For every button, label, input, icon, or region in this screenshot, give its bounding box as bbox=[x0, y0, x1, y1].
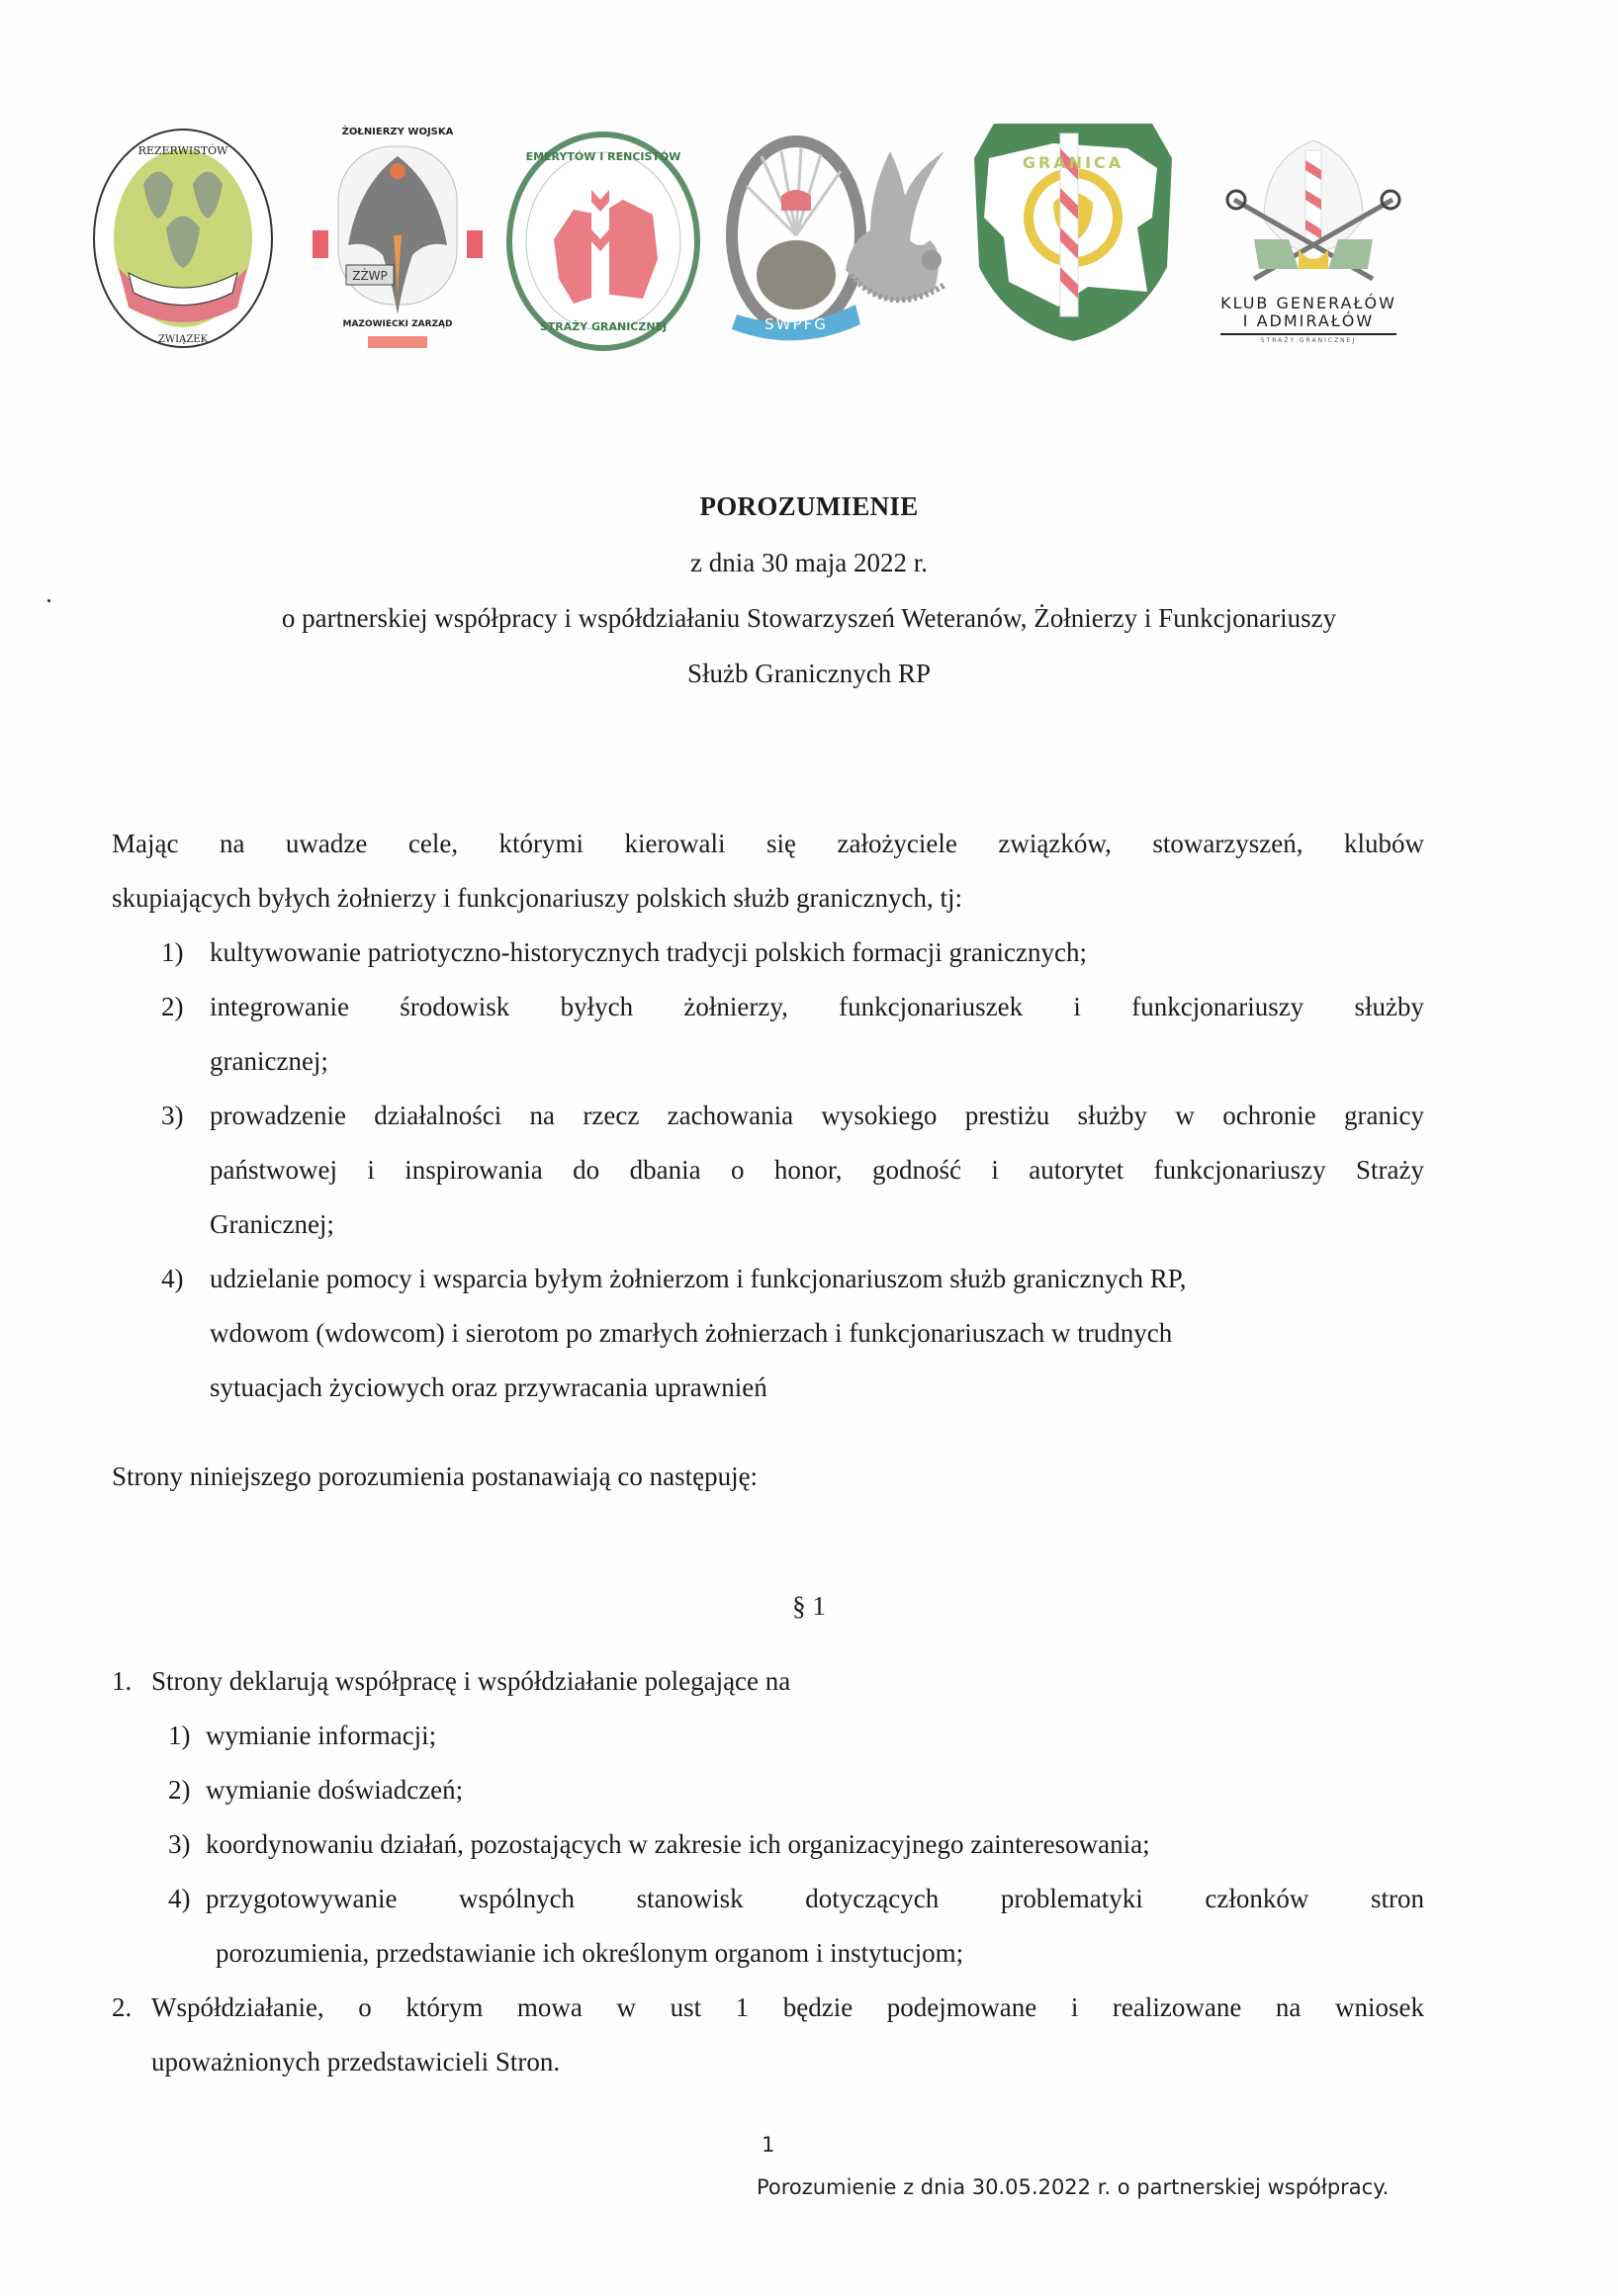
logo-zerisg-icon: EMERYTÓW I RENCISTÓW STRAŻY GRANICZNEJ bbox=[504, 131, 702, 353]
ust-number: 2. bbox=[112, 1981, 132, 2035]
document-subtitle-line1: o partnerskiej współpracy i współdziałan… bbox=[0, 590, 1618, 646]
svg-text:STRAŻY GRANICZNEJ: STRAŻY GRANICZNEJ bbox=[540, 319, 667, 333]
goal-number: 3) bbox=[161, 1089, 184, 1143]
section1-body: 1. Strony deklarują współpracę i współdz… bbox=[112, 1654, 1424, 2089]
ust1-item-4: 4) przygotowywanie wspólnych stanowisk d… bbox=[112, 1872, 1424, 1981]
page-number: 1 bbox=[762, 2133, 774, 2157]
ust-1: 1. Strony deklarują współpracę i współdz… bbox=[112, 1654, 1424, 1709]
goal-text: sytuacjach życiowych oraz przywracania u… bbox=[210, 1361, 1424, 1415]
footer-text: Porozumienie z dnia 30.05.2022 r. o part… bbox=[757, 2175, 1389, 2199]
goal-item-2: 2) integrowanie środowisk byłych żołnier… bbox=[112, 980, 1424, 1089]
item-number: 2) bbox=[168, 1763, 191, 1817]
ust1-item-2: 2) wymianie doświadczeń; bbox=[112, 1763, 1424, 1817]
goal-text: udzielanie pomocy i wsparcia byłym żołni… bbox=[210, 1252, 1424, 1306]
goal-text: granicznej; bbox=[210, 1034, 1424, 1089]
item-text: koordynowaniu działań, pozostających w z… bbox=[206, 1817, 1424, 1872]
preamble: Mając na uwadze cele, którymi kierowali … bbox=[112, 817, 1424, 1415]
goal-text: państwowej i inspirowania do dbania o ho… bbox=[210, 1143, 1424, 1197]
svg-text:ZWIĄZEK: ZWIĄZEK bbox=[158, 334, 209, 345]
logo-klub-generalow-icon bbox=[1214, 131, 1412, 299]
title-block: POROZUMIENIE z dnia 30 maja 2022 r. o pa… bbox=[0, 479, 1618, 701]
document-date: z dnia 30 maja 2022 r. bbox=[0, 535, 1618, 590]
goal-item-1: 1) kultywowanie patriotyczno-historyczny… bbox=[112, 926, 1424, 980]
goal-item-4: 4) udzielanie pomocy i wsparcia byłym żo… bbox=[112, 1252, 1424, 1415]
ust-2: 2. Współdziałanie, o którym mowa w ust 1… bbox=[112, 1981, 1424, 2089]
item-text: przygotowywanie wspólnych stanowisk doty… bbox=[206, 1872, 1424, 1926]
preamble-closing: Strony niniejszego porozumienia postanaw… bbox=[112, 1450, 1424, 1504]
goal-number: 2) bbox=[161, 980, 184, 1034]
ust1-item-3: 3) koordynowaniu działań, pozostających … bbox=[112, 1817, 1424, 1872]
svg-text:ZŻWP: ZŻWP bbox=[352, 268, 388, 283]
item-text: wymianie informacji; bbox=[206, 1709, 1424, 1763]
goal-item-3: 3) prowadzenie działalności na rzecz zac… bbox=[112, 1089, 1424, 1252]
item-number: 4) bbox=[168, 1872, 191, 1926]
klub-line3: STRAŻY GRANICZNEJ bbox=[1185, 337, 1432, 344]
item-text: wymianie doświadczeń; bbox=[206, 1763, 1424, 1817]
goal-text: Granicznej; bbox=[210, 1197, 1424, 1252]
ust-number: 1. bbox=[112, 1654, 132, 1709]
scan-artifact-dot bbox=[47, 599, 50, 602]
klub-generalow-caption: KLUB GENERAŁÓW I ADMIRAŁÓW STRAŻY GRANIC… bbox=[1185, 295, 1432, 344]
goal-text: wdowom (wdowcom) i sierotom po zmarłych … bbox=[210, 1306, 1424, 1361]
ust-text: upoważnionych przedstawicieli Stron. bbox=[151, 2035, 1424, 2089]
svg-text:MAZOWIECKI ZARZĄD: MAZOWIECKI ZARZĄD bbox=[343, 319, 453, 329]
item-number: 3) bbox=[168, 1817, 191, 1872]
svg-text:ŻOŁNIERZY WOJSKA: ŻOŁNIERZY WOJSKA bbox=[342, 124, 454, 137]
svg-text:EMERYTÓW I RENCISTÓW: EMERYTÓW I RENCISTÓW bbox=[526, 150, 681, 163]
klub-divider bbox=[1220, 333, 1396, 335]
goal-number: 1) bbox=[161, 926, 184, 980]
document-subtitle-line2: Służb Granicznych RP bbox=[0, 646, 1618, 701]
klub-line2: I ADMIRAŁÓW bbox=[1185, 312, 1432, 330]
section-mark: § 1 bbox=[0, 1591, 1618, 1622]
goal-text: kultywowanie patriotyczno-historycznych … bbox=[210, 926, 1424, 980]
document-title: POROZUMIENIE bbox=[0, 479, 1618, 535]
document-page: REZERWISTÓW ZWIĄZEK ZŻWP ŻOŁNIERZY WOJSK… bbox=[0, 0, 1618, 2296]
svg-text:REZERWISTÓW: REZERWISTÓW bbox=[138, 143, 229, 157]
svg-text:GRANICA: GRANICA bbox=[1023, 153, 1124, 172]
klub-line1: KLUB GENERAŁÓW bbox=[1185, 295, 1432, 312]
goal-number: 4) bbox=[161, 1252, 184, 1306]
ust-text: Współdziałanie, o którym mowa w ust 1 bę… bbox=[151, 1981, 1424, 2035]
preamble-line1: Mając na uwadze cele, którymi kierowali … bbox=[112, 817, 1424, 871]
preamble-line2: skupiających byłych żołnierzy i funkcjon… bbox=[112, 871, 1424, 926]
logo-zwiazek-weteranow-icon: REZERWISTÓW ZWIĄZEK bbox=[89, 125, 277, 352]
logo-zzwp-icon: ZŻWP ŻOŁNIERZY WOJSKA MAZOWIECKI ZARZĄD bbox=[309, 117, 487, 359]
item-number: 1) bbox=[168, 1709, 191, 1763]
logo-granica-icon: GRANICA bbox=[969, 119, 1177, 346]
item-text: porozumienia, przedstawianie ich określo… bbox=[206, 1926, 1424, 1981]
ust1-item-1: 1) wymianie informacji; bbox=[112, 1709, 1424, 1763]
goal-text: prowadzenie działalności na rzecz zachow… bbox=[210, 1089, 1424, 1143]
ust-text: Strony deklarują współpracę i współdział… bbox=[151, 1654, 1424, 1709]
logo-swpfg-icon: SWPFG bbox=[722, 127, 959, 344]
goal-text: integrowanie środowisk byłych żołnierzy,… bbox=[210, 980, 1424, 1034]
svg-text:SWPFG: SWPFG bbox=[764, 315, 828, 333]
